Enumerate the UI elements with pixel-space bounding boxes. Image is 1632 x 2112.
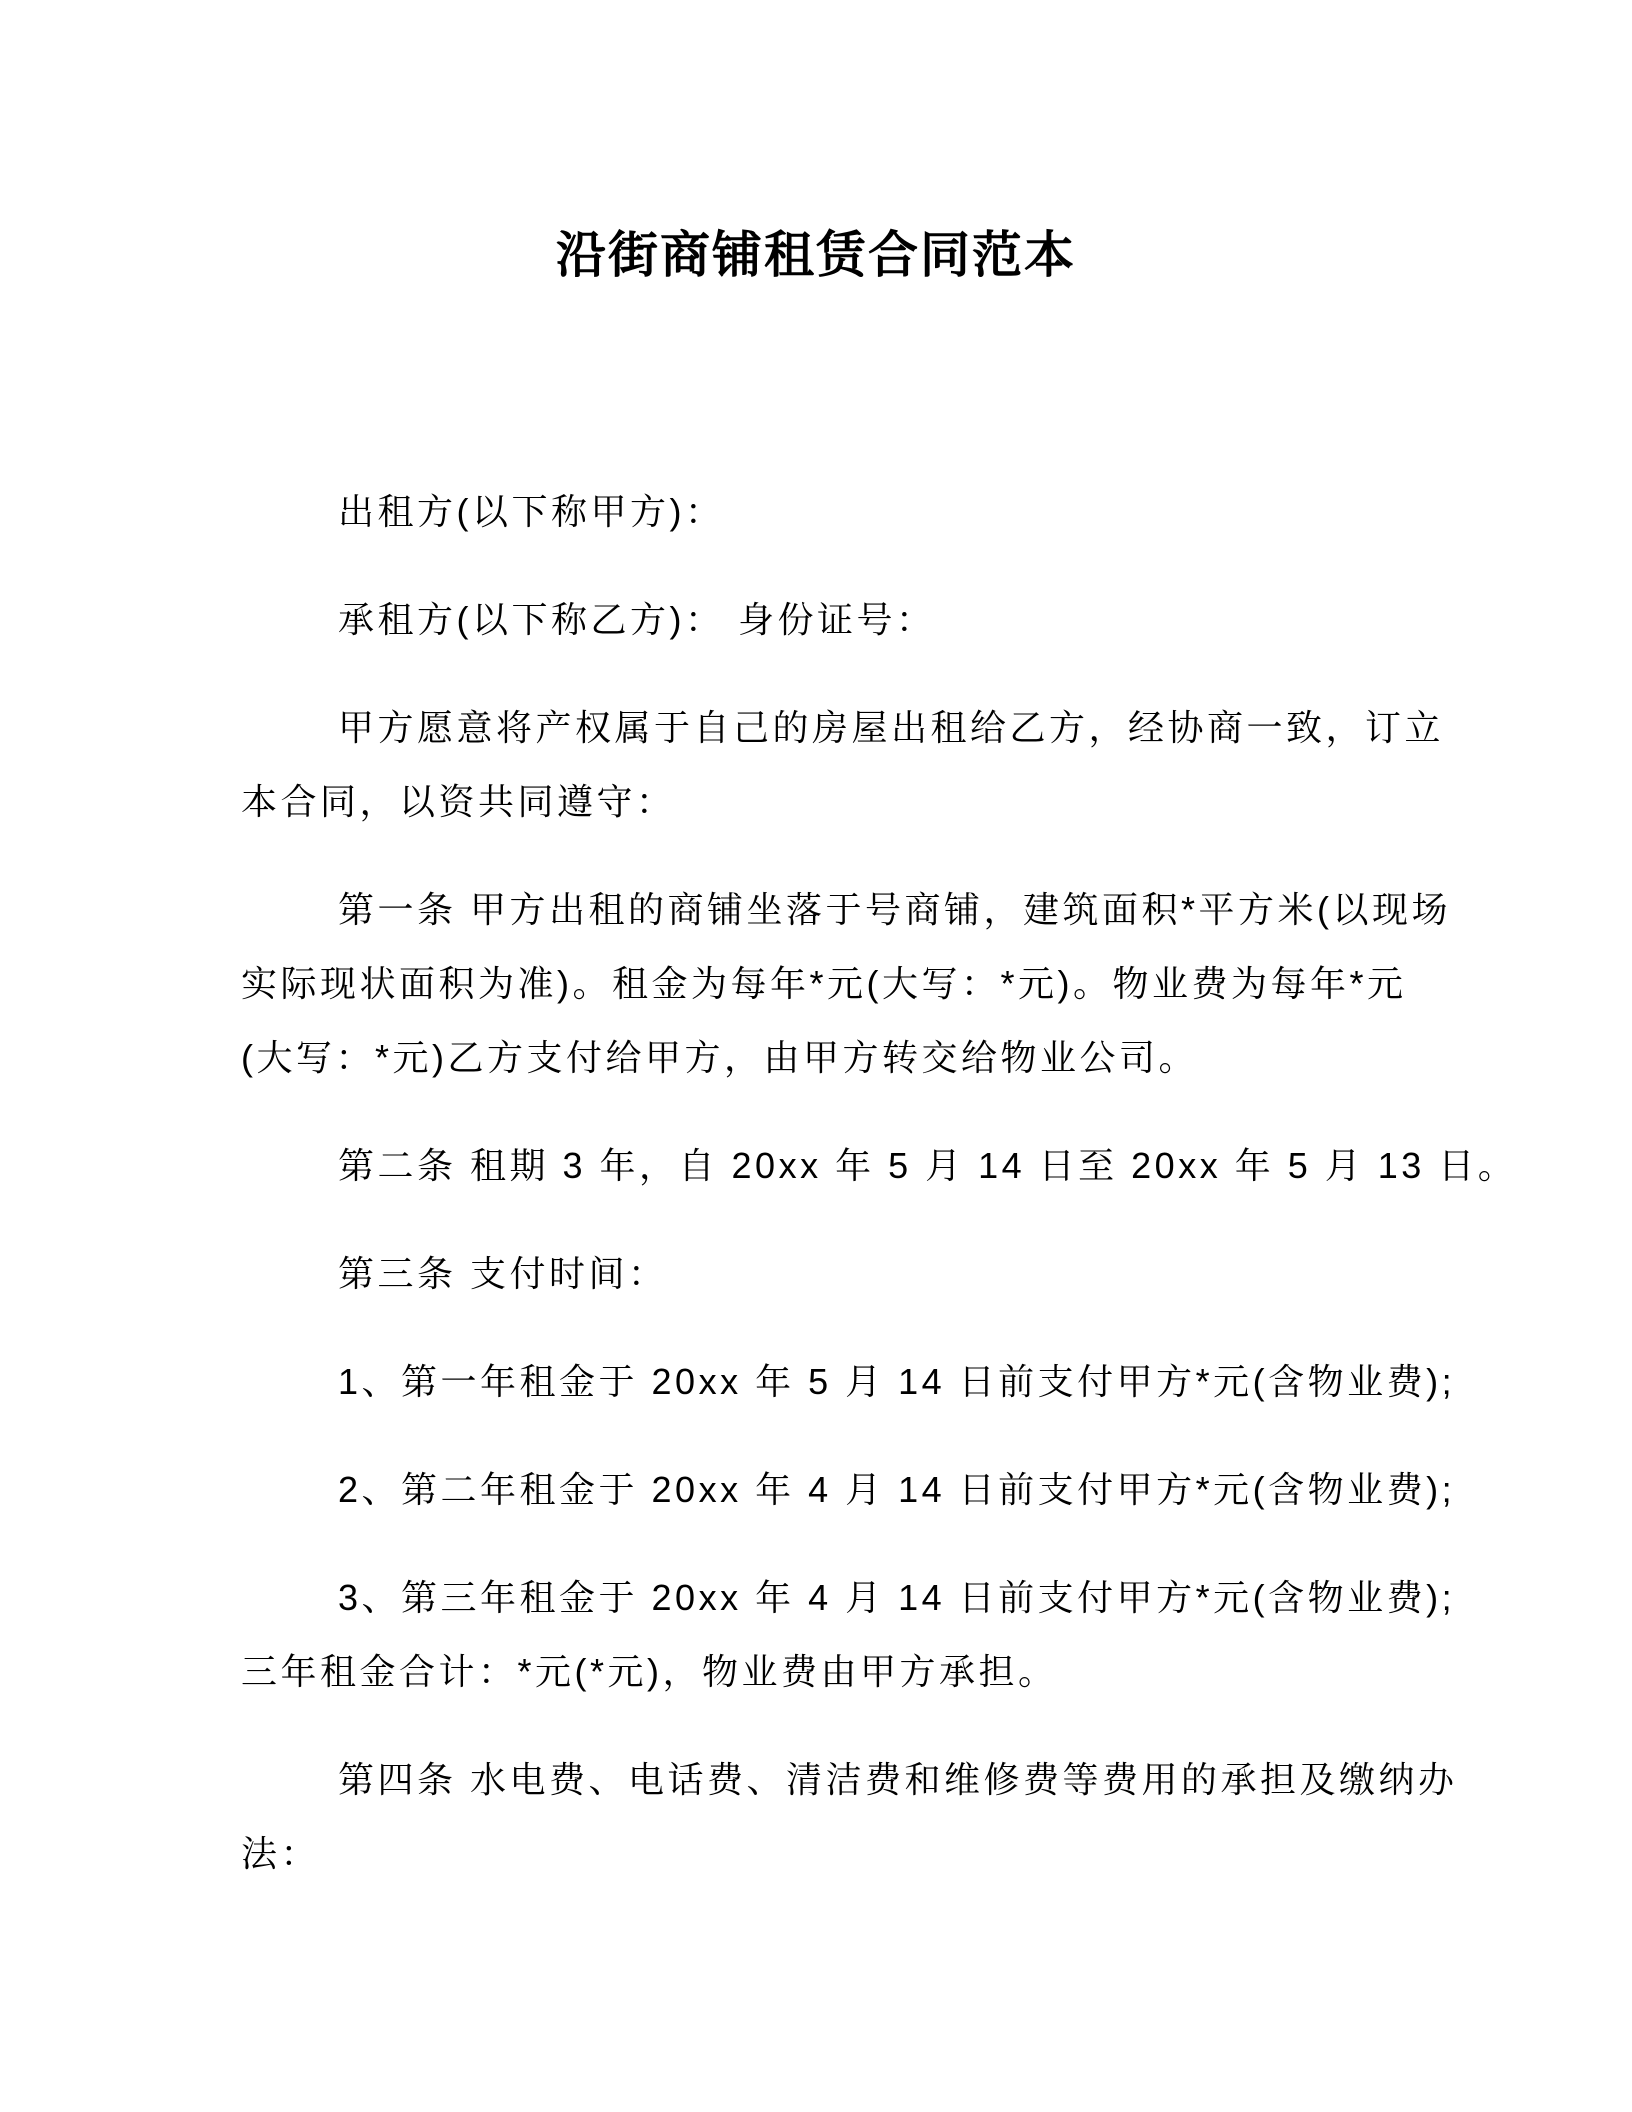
paragraph-article-3: 第三条 支付时间： — [241, 1237, 1632, 1311]
paragraph-lessor: 出租方(以下称甲方)： — [241, 475, 1632, 549]
text-line: 出租方(以下称甲方)： — [241, 475, 1632, 549]
text-line: 3、第三年租金于 20xx 年 4 月 14 日前支付甲方*元(含物业费); — [241, 1561, 1632, 1635]
text-line: 第二条 租期 3 年，自 20xx 年 5 月 14 日至 20xx 年 5 月… — [241, 1129, 1632, 1203]
contract-page: 沿街商铺租赁合同范本 出租方(以下称甲方)： 承租方(以下称乙方)： 身份证号：… — [0, 0, 1632, 2112]
text-line: 1、第一年租金于 20xx 年 5 月 14 日前支付甲方*元(含物业费); — [241, 1345, 1632, 1419]
paragraph-article-2: 第二条 租期 3 年，自 20xx 年 5 月 14 日至 20xx 年 5 月… — [241, 1129, 1632, 1203]
text-line: 2、第二年租金于 20xx 年 4 月 14 日前支付甲方*元(含物业费); — [241, 1453, 1632, 1527]
paragraph-preamble: 甲方愿意将产权属于自己的房屋出租给乙方，经协商一致，订立 本合同，以资共同遵守： — [241, 691, 1632, 839]
text-line: (大写：*元)乙方支付给甲方，由甲方转交给物业公司。 — [241, 1021, 1632, 1095]
text-line: 实际现状面积为准)。租金为每年*元(大写：*元)。物业费为每年*元 — [241, 947, 1632, 1021]
text-line: 法： — [241, 1817, 1632, 1891]
text-line: 第三条 支付时间： — [241, 1237, 1632, 1311]
paragraph-article-4: 第四条 水电费、电话费、清洁费和维修费等费用的承担及缴纳办 法： — [241, 1743, 1632, 1891]
text-line: 第四条 水电费、电话费、清洁费和维修费等费用的承担及缴纳办 — [241, 1743, 1632, 1817]
text-line: 本合同，以资共同遵守： — [241, 765, 1632, 839]
text-line: 三年租金合计：*元(*元)，物业费由甲方承担。 — [241, 1635, 1632, 1709]
paragraph-payment-item-2: 2、第二年租金于 20xx 年 4 月 14 日前支付甲方*元(含物业费); — [241, 1453, 1632, 1527]
paragraph-article-1: 第一条 甲方出租的商铺坐落于号商铺，建筑面积*平方米(以现场 实际现状面积为准)… — [241, 873, 1632, 1095]
text-line: 第一条 甲方出租的商铺坐落于号商铺，建筑面积*平方米(以现场 — [241, 873, 1632, 947]
document-title: 沿街商铺租赁合同范本 — [0, 0, 1632, 292]
paragraph-payment-item-3: 3、第三年租金于 20xx 年 4 月 14 日前支付甲方*元(含物业费); 三… — [241, 1561, 1632, 1709]
text-line: 甲方愿意将产权属于自己的房屋出租给乙方，经协商一致，订立 — [241, 691, 1632, 765]
paragraph-lessee: 承租方(以下称乙方)： 身份证号： — [241, 583, 1632, 657]
text-line: 承租方(以下称乙方)： 身份证号： — [241, 583, 1632, 657]
document-body: 出租方(以下称甲方)： 承租方(以下称乙方)： 身份证号： 甲方愿意将产权属于自… — [0, 292, 1632, 1891]
paragraph-payment-item-1: 1、第一年租金于 20xx 年 5 月 14 日前支付甲方*元(含物业费); — [241, 1345, 1632, 1419]
